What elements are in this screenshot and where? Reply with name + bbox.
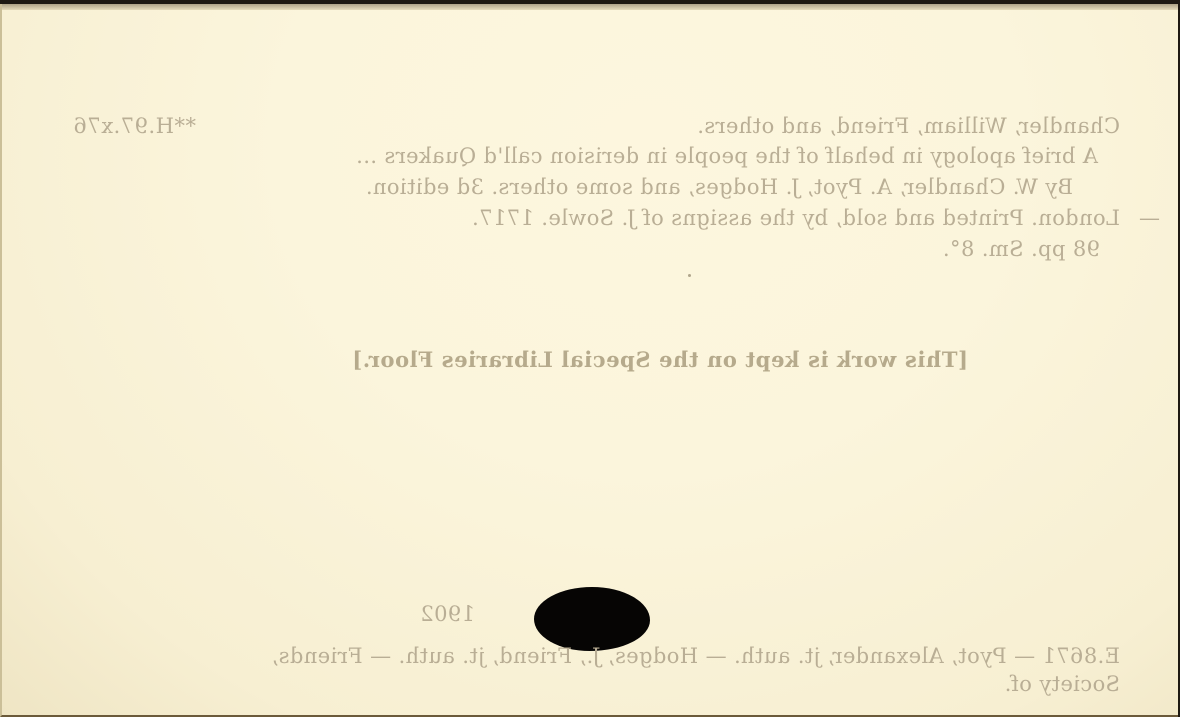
title-line-2: By W. Chandler, A. Pyot, J. Hodges, and … [366,175,1073,199]
card-frame: Chandler, William, Friend, and others. *… [0,0,1180,717]
ink-dot [688,274,691,277]
dash-mark: — [1139,206,1160,230]
title-line-1: A brief apology in behalf of the people … [356,144,1098,168]
accession-year: 1902 [420,602,475,626]
collation-line: 98 pp. Sm. 8°. [943,237,1100,261]
tracing-line-1: E.8671 — Pyot, Alexander, jt. auth. — Ho… [271,644,1120,668]
location-note: [This work is kept on the Special Librar… [352,347,968,372]
card-heading: Chandler, William, Friend, and others. [697,114,1120,138]
call-number: **H.97.x76 [73,114,196,138]
ink-blot [534,587,650,651]
tracing-line-2: Society of. [1004,672,1120,696]
catalog-card: Chandler, William, Friend, and others. *… [0,4,1178,717]
imprint-line: London. Printed and sold, by the assigns… [472,206,1120,230]
